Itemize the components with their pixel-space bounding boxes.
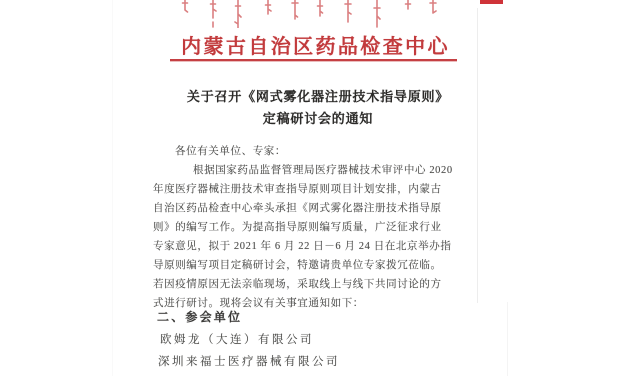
red-corner-bar: [480, 0, 503, 4]
section-heading-participants: 二、参会单位: [157, 308, 242, 325]
notice-title-line2: 定稿研讨会的通知: [163, 108, 473, 127]
page-left-edge: [112, 0, 113, 376]
notice-body-line: 年度医疗器械注册技术审查指导原则项目计划安排，内蒙古: [153, 181, 442, 196]
salutation: 各位有关单位、专家：: [175, 143, 286, 158]
notice-body-line: 自治区药品检查中心牵头承担《网式雾化器注册技术指导原: [153, 200, 442, 215]
letterhead-org-name: 内蒙古自治区药品检查中心: [168, 30, 463, 59]
notice-body-line: 则》的编写工作。为提高指导原则编写质量，广泛征求行业: [153, 219, 442, 234]
notice-body-line: 导原则编写项目定稿研讨会，特邀请贵单位专家拨冗莅临。: [153, 257, 442, 272]
participant-item: 深圳来福士医疗器械有限公司: [158, 353, 340, 369]
notice-body-line: 若因疫情原因无法亲临现场，采取线上与线下共同讨论的方: [153, 276, 442, 291]
notice-body-line: 根据国家药品监督管理局医疗器械技术审评中心 2020: [193, 162, 453, 177]
participant-item: 欧姆龙（大连）有限公司: [160, 331, 314, 347]
page-right-edge: [477, 8, 478, 303]
letterhead-rule: [170, 59, 457, 61]
mongolian-script: [181, 0, 451, 28]
page-right-edge-lower: [507, 302, 508, 376]
notice-title-line1: 关于召开《网式雾化器注册技术指导原则》: [163, 86, 473, 105]
notice-body-line: 专家意见，拟于 2021 年 6 月 22 日－6 月 24 日在北京举办指: [153, 238, 451, 253]
scanned-notice-page: 内蒙古自治区药品检查中心 关于召开《网式雾化器注册技术指导原则》 定稿研讨会的通…: [0, 0, 626, 376]
